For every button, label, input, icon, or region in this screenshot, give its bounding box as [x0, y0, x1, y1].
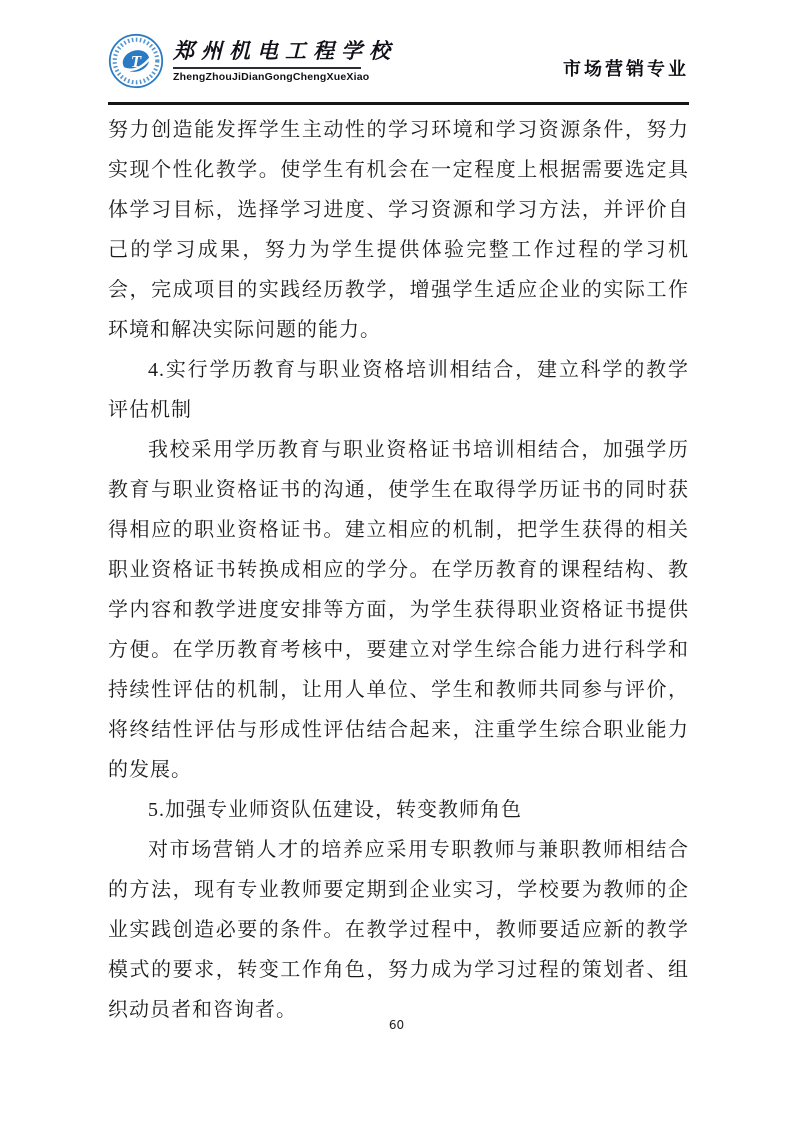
paragraph-section-4-body: 我校采用学历教育与职业资格证书培训相结合，加强学历教育与职业资格证书的沟通，使学… [108, 430, 689, 790]
logo-divider [173, 67, 361, 69]
school-name-pinyin: ZhengZhouJiDianGongChengXueXiao [173, 71, 397, 83]
major-title: 市场营销专业 [563, 55, 689, 81]
page-header: T 郑州机电工程学校 ZhengZhouJiDianGongChengXueXi… [108, 33, 689, 105]
school-emblem-icon: T [108, 33, 164, 89]
paragraph-heading-5: 5.加强专业师资队伍建设，转变教师角色 [108, 790, 689, 830]
emblem-letter: T [131, 52, 142, 71]
paragraph-section-5-body: 对市场营销人才的培养应采用专职教师与兼职教师相结合的方法，现有专业教师要定期到企… [108, 830, 689, 1030]
page-number: 60 [389, 1018, 404, 1032]
school-name-cn: 郑州机电工程学校 [173, 39, 397, 64]
school-name-block: 郑州机电工程学校 ZhengZhouJiDianGongChengXueXiao [173, 39, 397, 82]
document-body: 努力创造能发挥学生主动性的学习环境和学习资源条件，努力实现个性化教学。使学生有机… [108, 110, 689, 1030]
paragraph-continuation: 努力创造能发挥学生主动性的学习环境和学习资源条件，努力实现个性化教学。使学生有机… [108, 110, 689, 350]
page-footer: 60 [0, 1018, 793, 1032]
page-content: T 郑州机电工程学校 ZhengZhouJiDianGongChengXueXi… [108, 33, 689, 1030]
paragraph-heading-4: 4.实行学历教育与职业资格培训相结合，建立科学的教学评估机制 [108, 350, 689, 430]
school-logo: T 郑州机电工程学校 ZhengZhouJiDianGongChengXueXi… [108, 33, 397, 89]
document-page: T 郑州机电工程学校 ZhengZhouJiDianGongChengXueXi… [0, 0, 793, 1122]
